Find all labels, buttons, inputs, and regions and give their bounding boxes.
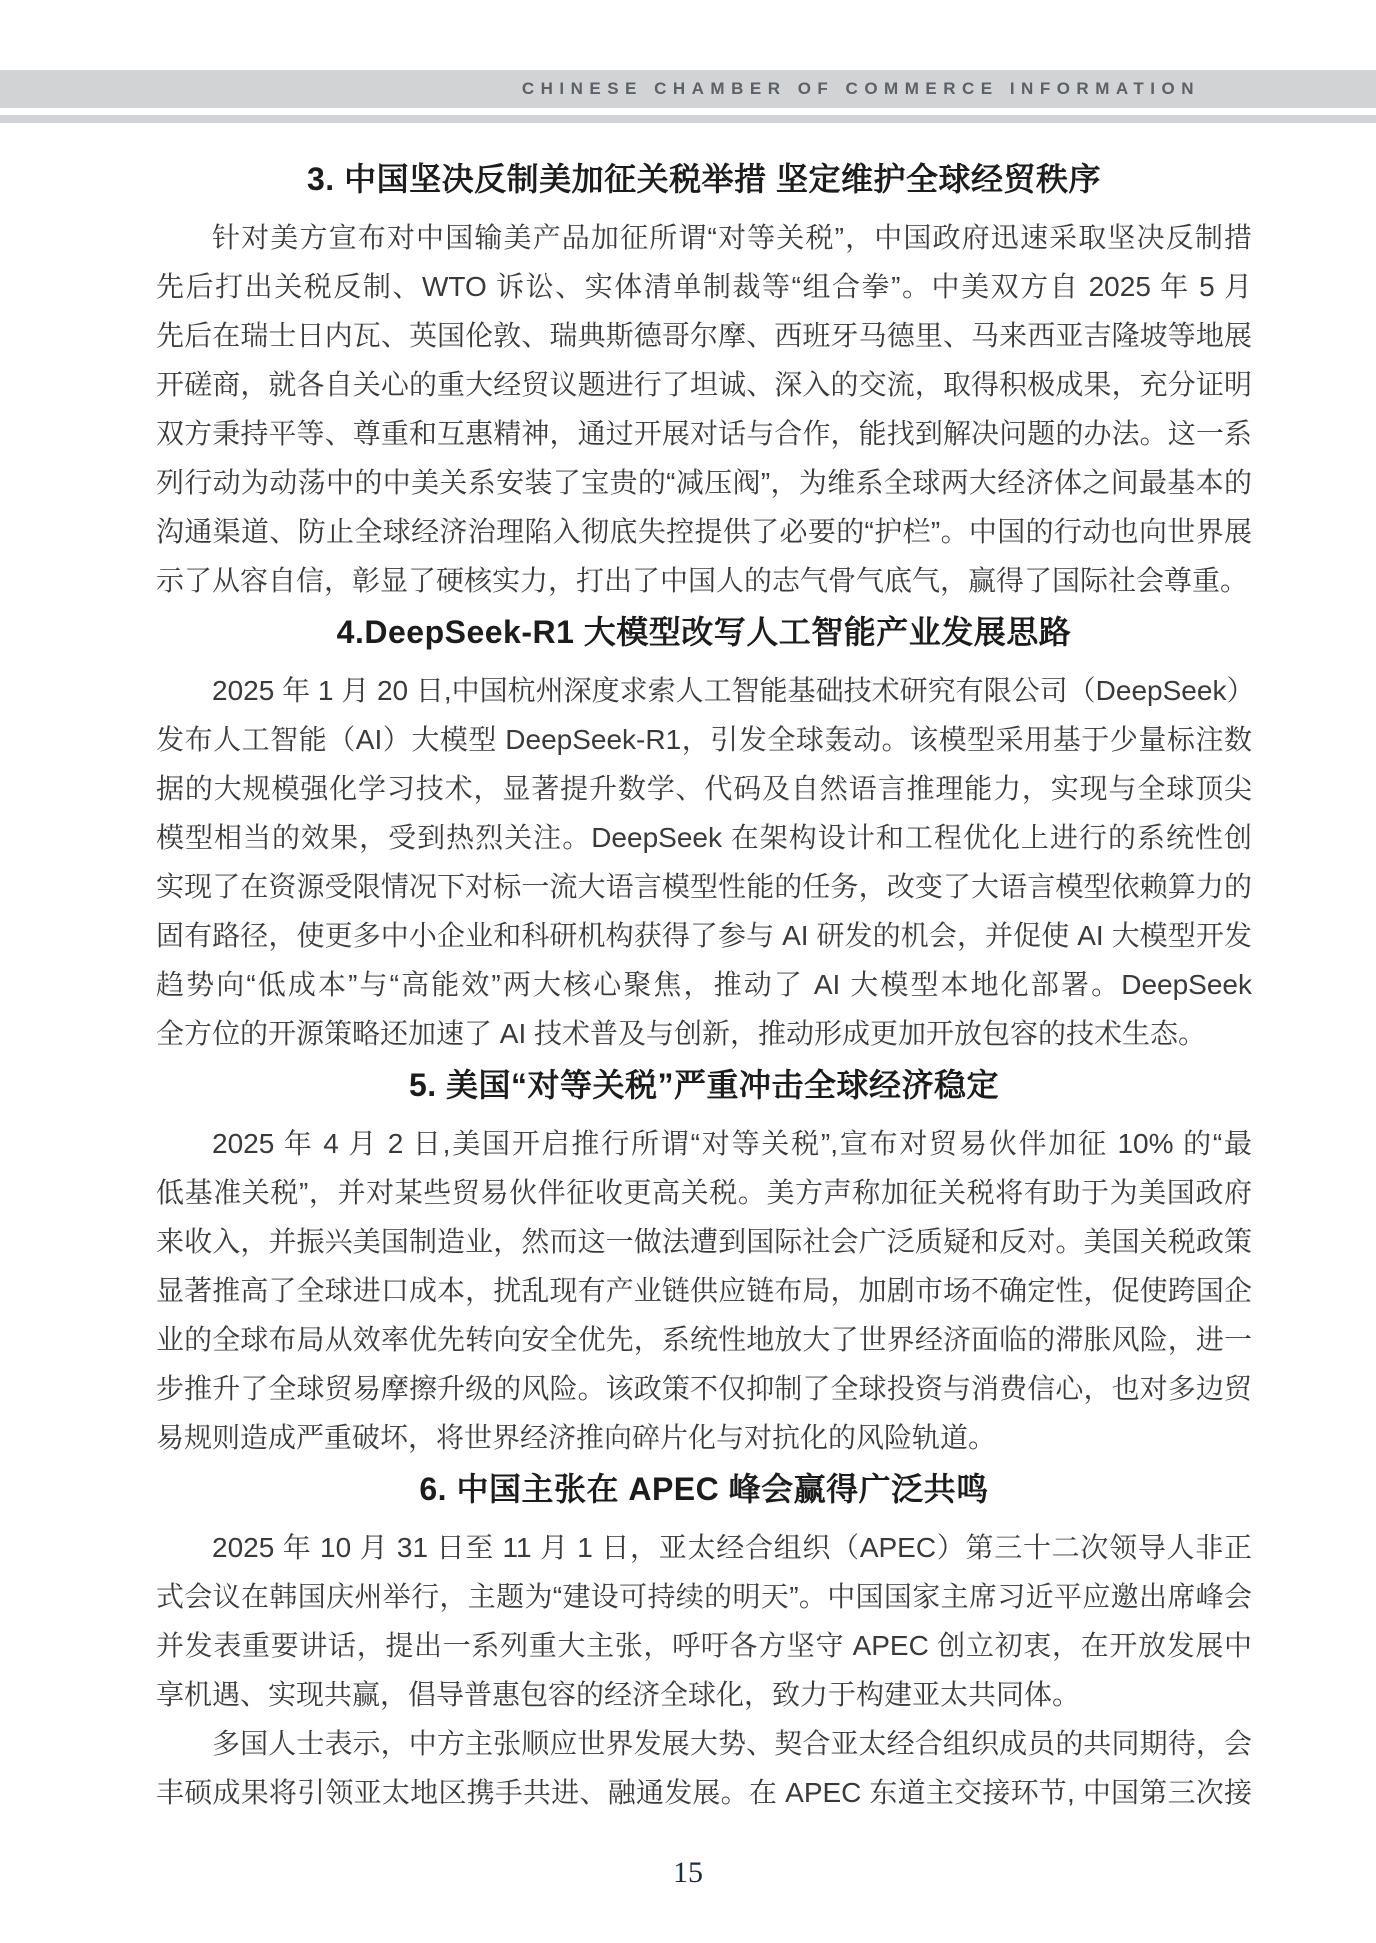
- header-subband: [0, 115, 1376, 123]
- paragraph: 2025 年 1 月 20 日,中国杭州深度求索人工智能基础技术研究有限公司（D…: [156, 666, 1252, 1058]
- section-heading: 6. 中国主张在 APEC 峰会赢得广泛共鸣: [156, 1465, 1252, 1514]
- text-line: 业的全球布局从效率优先转向安全优先，系统性地放大了世界经济面临的滞胀风险，进一: [156, 1315, 1252, 1364]
- text-line: 模型相当的效果，受到热烈关注。DeepSeek 在架构设计和工程优化上进行的系统…: [156, 813, 1252, 862]
- text-line: 实现了在资源受限情况下对标一流大语言模型性能的任务，改变了大语言模型依赖算力的: [156, 862, 1252, 911]
- text-line: 据的大规模强化学习技术，显著提升数学、代码及自然语言推理能力，实现与全球顶尖 A…: [156, 764, 1252, 813]
- text-line: 并发表重要讲话，提出一系列重大主张，呼吁各方坚守 APEC 创立初衷，在开放发展…: [156, 1621, 1252, 1670]
- paragraph: 2025 年 10 月 31 日至 11 月 1 日，亚太经合组织（APEC）第…: [156, 1523, 1252, 1719]
- text-line: 低基准关税”，并对某些贸易伙伴征收更高关税。美方声称加征关税将有助于为美国政府带: [156, 1168, 1252, 1217]
- section-heading: 3. 中国坚决反制美加征关税举措 坚定维护全球经贸秩序: [156, 155, 1252, 204]
- document-section: 4.DeepSeek-R1 大模型改写人工智能产业发展思路2025 年 1 月 …: [156, 608, 1252, 1058]
- section-heading: 4.DeepSeek-R1 大模型改写人工智能产业发展思路: [156, 608, 1252, 657]
- text-line: 来收入，并振兴美国制造业，然而这一做法遭到国际社会广泛质疑和反对。美国关税政策: [156, 1217, 1252, 1266]
- text-line: 固有路径，使更多中小企业和科研机构获得了参与 AI 研发的机会，并促使 AI 大…: [156, 911, 1252, 960]
- text-line: 2025 年 1 月 20 日,中国杭州深度求索人工智能基础技术研究有限公司（D…: [156, 666, 1252, 715]
- section-heading: 5. 美国“对等关税”严重冲击全球经济稳定: [156, 1061, 1252, 1110]
- text-line: 步推升了全球贸易摩擦升级的风险。该政策不仅抑制了全球投资与消费信心，也对多边贸: [156, 1364, 1252, 1413]
- text-line: 多国人士表示，中方主张顺应世界发展大势、契合亚太经合组织成员的共同期待，会议: [156, 1719, 1252, 1768]
- text-line: 2025 年 10 月 31 日至 11 月 1 日，亚太经合组织（APEC）第…: [156, 1523, 1252, 1572]
- text-line: 易规则造成严重破坏，将世界经济推向碎片化与对抗化的风险轨道。: [156, 1413, 1252, 1462]
- document-section: 5. 美国“对等关税”严重冲击全球经济稳定2025 年 4 月 2 日,美国开启…: [156, 1061, 1252, 1462]
- paragraph: 针对美方宣布对中国输美产品加征所谓“对等关税”，中国政府迅速采取坚决反制措施，先…: [156, 213, 1252, 605]
- text-line: 针对美方宣布对中国输美产品加征所谓“对等关税”，中国政府迅速采取坚决反制措施，: [156, 213, 1252, 262]
- text-line: 趋势向“低成本”与“高能效”两大核心聚焦，推动了 AI 大模型本地化部署。Dee…: [156, 960, 1252, 1009]
- text-line: 沟通渠道、防止全球经济治理陷入彻底失控提供了必要的“护栏”。中国的行动也向世界展: [156, 507, 1252, 556]
- paragraph: 2025 年 4 月 2 日,美国开启推行所谓“对等关税”,宣布对贸易伙伴加征 …: [156, 1119, 1252, 1462]
- text-line: 先后在瑞士日内瓦、英国伦敦、瑞典斯德哥尔摩、西班牙马德里、马来西亚吉隆坡等地展: [156, 311, 1252, 360]
- text-line: 2025 年 4 月 2 日,美国开启推行所谓“对等关税”,宣布对贸易伙伴加征 …: [156, 1119, 1252, 1168]
- text-line: 享机遇、实现共赢，倡导普惠包容的经济全球化，致力于构建亚太共同体。: [156, 1670, 1252, 1719]
- text-line: 丰硕成果将引领亚太地区携手共进、融通发展。在 APEC 东道主交接环节, 中国第…: [156, 1768, 1252, 1817]
- document-content: 3. 中国坚决反制美加征关税举措 坚定维护全球经贸秩序针对美方宣布对中国输美产品…: [156, 152, 1252, 1817]
- text-line: 全方位的开源策略还加速了 AI 技术普及与创新，推动形成更加开放包容的技术生态。: [156, 1009, 1252, 1058]
- document-section: 6. 中国主张在 APEC 峰会赢得广泛共鸣2025 年 10 月 31 日至 …: [156, 1465, 1252, 1817]
- text-line: 显著推高了全球进口成本，扰乱现有产业链供应链布局，加剧市场不确定性，促使跨国企: [156, 1266, 1252, 1315]
- text-line: 式会议在韩国庆州举行，主题为“建设可持续的明天”。中国国家主席习近平应邀出席峰会: [156, 1572, 1252, 1621]
- header-banner-text: CHINESE CHAMBER OF COMMERCE INFORMATION: [522, 70, 1200, 108]
- text-line: 先后打出关税反制、WTO 诉讼、实体清单制裁等“组合拳”。中美双方自 2025 …: [156, 262, 1252, 311]
- text-line: 发布人工智能（AI）大模型 DeepSeek-R1，引发全球轰动。该模型采用基于…: [156, 715, 1252, 764]
- text-line: 列行动为动荡中的中美关系安装了宝贵的“减压阀”，为维系全球两大经济体之间最基本的: [156, 458, 1252, 507]
- text-line: 开磋商，就各自关心的重大经贸议题进行了坦诚、深入的交流，取得积极成果，充分证明: [156, 360, 1252, 409]
- text-line: 双方秉持平等、尊重和互惠精神，通过开展对话与合作，能找到解决问题的办法。这一系: [156, 409, 1252, 458]
- page-number: 15: [0, 1856, 1376, 1890]
- document-section: 3. 中国坚决反制美加征关税举措 坚定维护全球经贸秩序针对美方宣布对中国输美产品…: [156, 155, 1252, 605]
- paragraph: 多国人士表示，中方主张顺应世界发展大势、契合亚太经合组织成员的共同期待，会议丰硕…: [156, 1719, 1252, 1817]
- text-line: 示了从容自信，彰显了硬核实力，打出了中国人的志气骨气底气，赢得了国际社会尊重。: [156, 556, 1252, 605]
